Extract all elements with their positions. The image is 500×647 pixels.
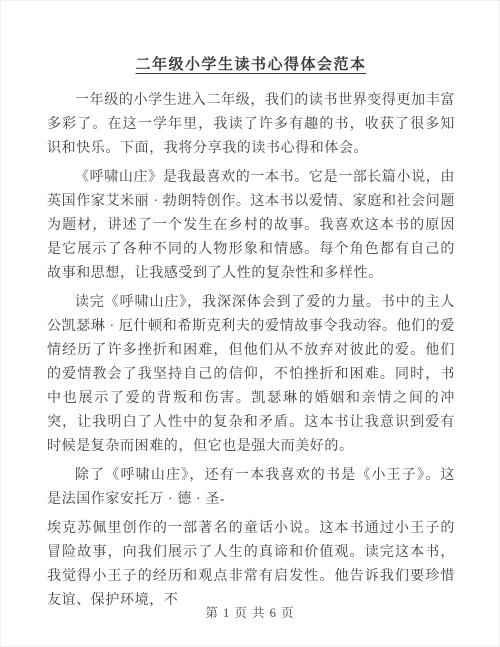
paragraph-little-prince-intro: 除了《呼啸山庄》，还有一本我喜欢的书是《小王子》。这是法国作家安托万 · 德 ·…	[47, 464, 455, 512]
paragraph-little-prince-continued: 埃克苏佩里创作的一部著名的童话小说。这本书通过小王子的冒险故事，向我们展示了人生…	[47, 517, 455, 613]
page-number-footer: 第 1 页 共 6 页	[0, 603, 500, 621]
document-page: 二年级小学生读书心得体会范本 一年级的小学生进入二年级，我们的读书世界变得更加丰…	[0, 0, 500, 647]
paragraph-wuthering-heights-intro: 《呼啸山庄》是我最喜欢的一本书。它是一部长篇小说，由英国作家艾米丽 · 勃朗特创…	[47, 166, 455, 286]
document-title: 二年级小学生读书心得体会范本	[47, 53, 455, 74]
paragraph-intro: 一年级的小学生进入二年级，我们的读书世界变得更加丰富多彩了。在这一学年里，我读了…	[47, 89, 455, 161]
paragraph-wuthering-heights-reflection: 读完《呼啸山庄》，我深深体会到了爱的力量。书中的主人公凯瑟琳 · 厄什顿和希斯克…	[47, 291, 455, 459]
